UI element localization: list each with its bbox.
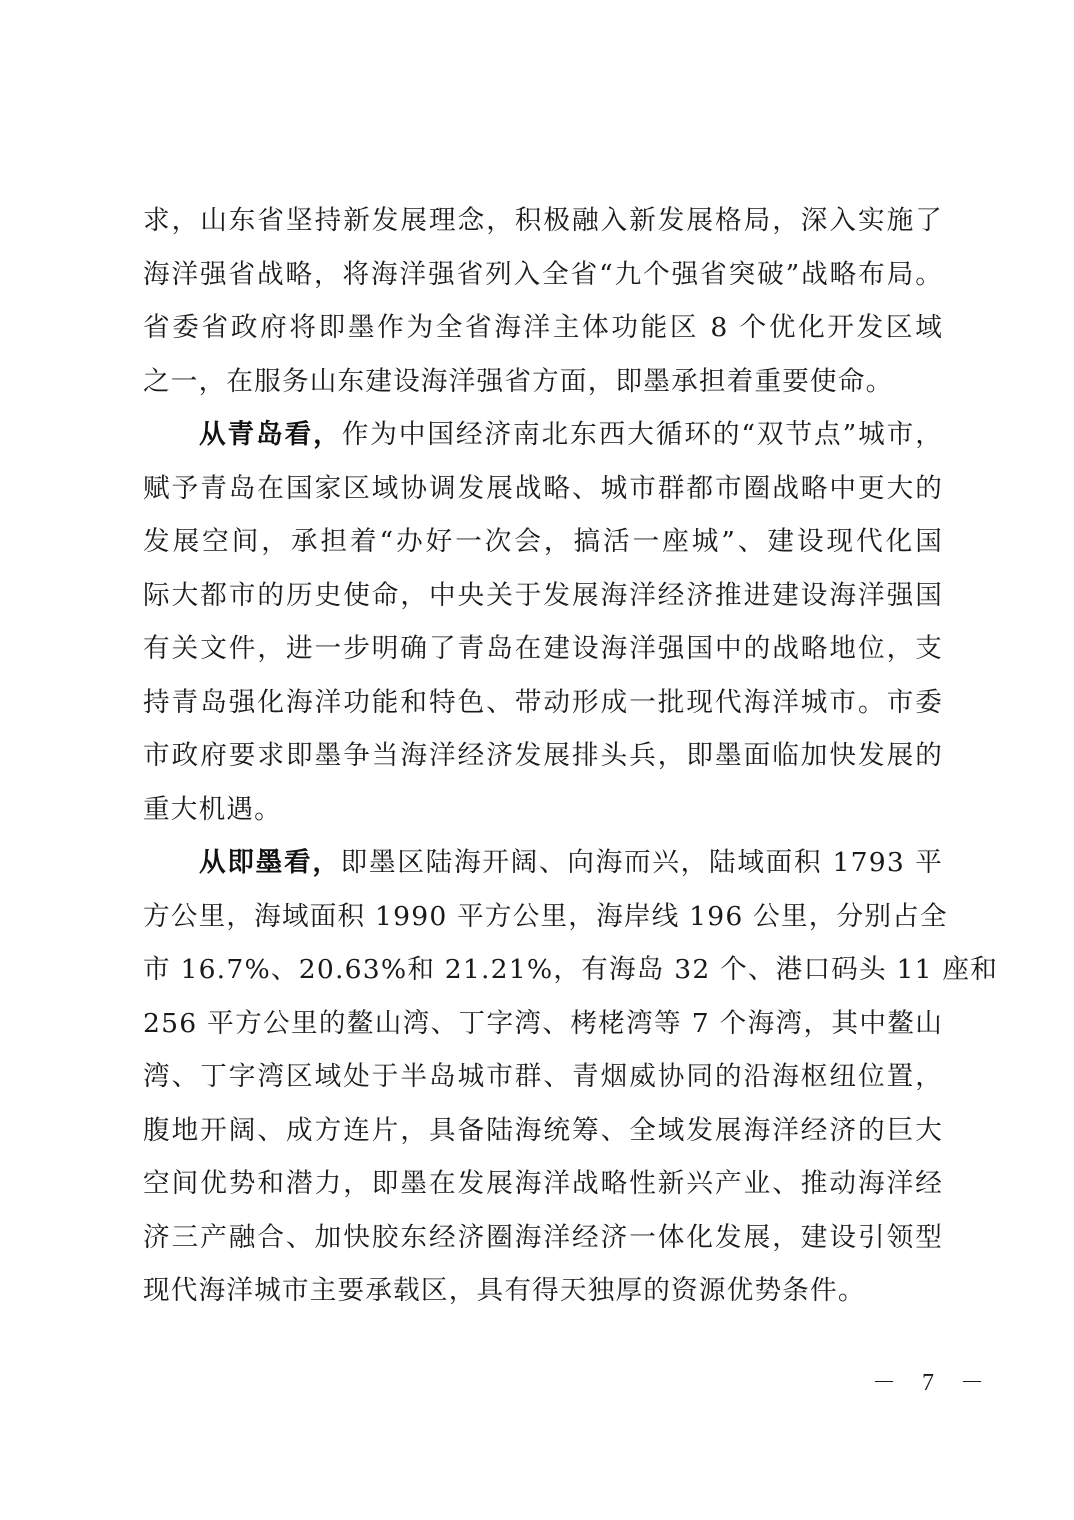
text-line: 之一，在服务山东建设海洋强省方面，即墨承担着重要使命。	[143, 355, 943, 409]
text-line: 方公里，海域面积 1990 平方公里，海岸线 196 公里，分别占全	[143, 890, 943, 944]
text-line: 求，山东省坚持新发展理念，积极融入新发展格局，深入实施了	[143, 194, 943, 248]
text-line: 省委省政府将即墨作为全省海洋主体功能区 8 个优化开发区域	[143, 301, 943, 355]
document-page: 求，山东省坚持新发展理念，积极融入新发展格局，深入实施了 海洋强省战略，将海洋强…	[0, 0, 1074, 1520]
text-line: 现代海洋城市主要承载区，具有得天独厚的资源优势条件。	[143, 1264, 943, 1318]
text-line: 市 16.7%、20.63%和 21.21%，有海岛 32 个、港口码头 11 …	[143, 943, 943, 997]
text-line: 256 平方公里的鳌山湾、丁字湾、栲栳湾等 7 个海湾，其中鳌山	[143, 997, 943, 1051]
text-line: 湾、丁字湾区域处于半岛城市群、青烟威协同的沿海枢纽位置，	[143, 1050, 943, 1104]
paragraph-jimo-first-line: 从即墨看，即墨区陆海开阔、向海而兴，陆域面积 1793 平	[143, 836, 943, 890]
text-span: 即墨区陆海开阔、向海而兴，陆域面积 1793 平	[341, 847, 943, 878]
paragraph-lead-heading: 从青岛看，	[199, 419, 342, 450]
text-line: 发展空间，承担着“办好一次会，搞活一座城”、建设现代化国	[143, 515, 943, 569]
text-line: 腹地开阔、成方连片，具备陆海统筹、全域发展海洋经济的巨大	[143, 1104, 943, 1158]
text-line: 持青岛强化海洋功能和特色、带动形成一批现代海洋城市。市委	[143, 676, 943, 730]
text-span: 作为中国经济南北东西大循环的“双节点”城市，	[342, 419, 943, 450]
paragraph-qingdao-first-line: 从青岛看，作为中国经济南北东西大循环的“双节点”城市，	[143, 408, 943, 462]
text-line: 济三产融合、加快胶东经济圈海洋经济一体化发展，建设引领型	[143, 1211, 943, 1265]
text-line: 际大都市的历史使命，中央关于发展海洋经济推进建设海洋强国	[143, 569, 943, 623]
paragraph-lead-heading: 从即墨看，	[199, 847, 341, 878]
text-line: 空间优势和潜力，即墨在发展海洋战略性新兴产业、推动海洋经	[143, 1157, 943, 1211]
text-line: 海洋强省战略，将海洋强省列入全省“九个强省突破”战略布局。	[143, 248, 943, 302]
text-line: 重大机遇。	[143, 783, 943, 837]
document-body: 求，山东省坚持新发展理念，积极融入新发展格局，深入实施了 海洋强省战略，将海洋强…	[143, 194, 943, 1318]
text-line: 有关文件，进一步明确了青岛在建设海洋强国中的战略地位，支	[143, 622, 943, 676]
text-line: 赋予青岛在国家区域协调发展战略、城市群都市圈战略中更大的	[143, 462, 943, 516]
page-number: － 7 －	[872, 1362, 994, 1397]
text-line: 市政府要求即墨争当海洋经济发展排头兵，即墨面临加快发展的	[143, 729, 943, 783]
